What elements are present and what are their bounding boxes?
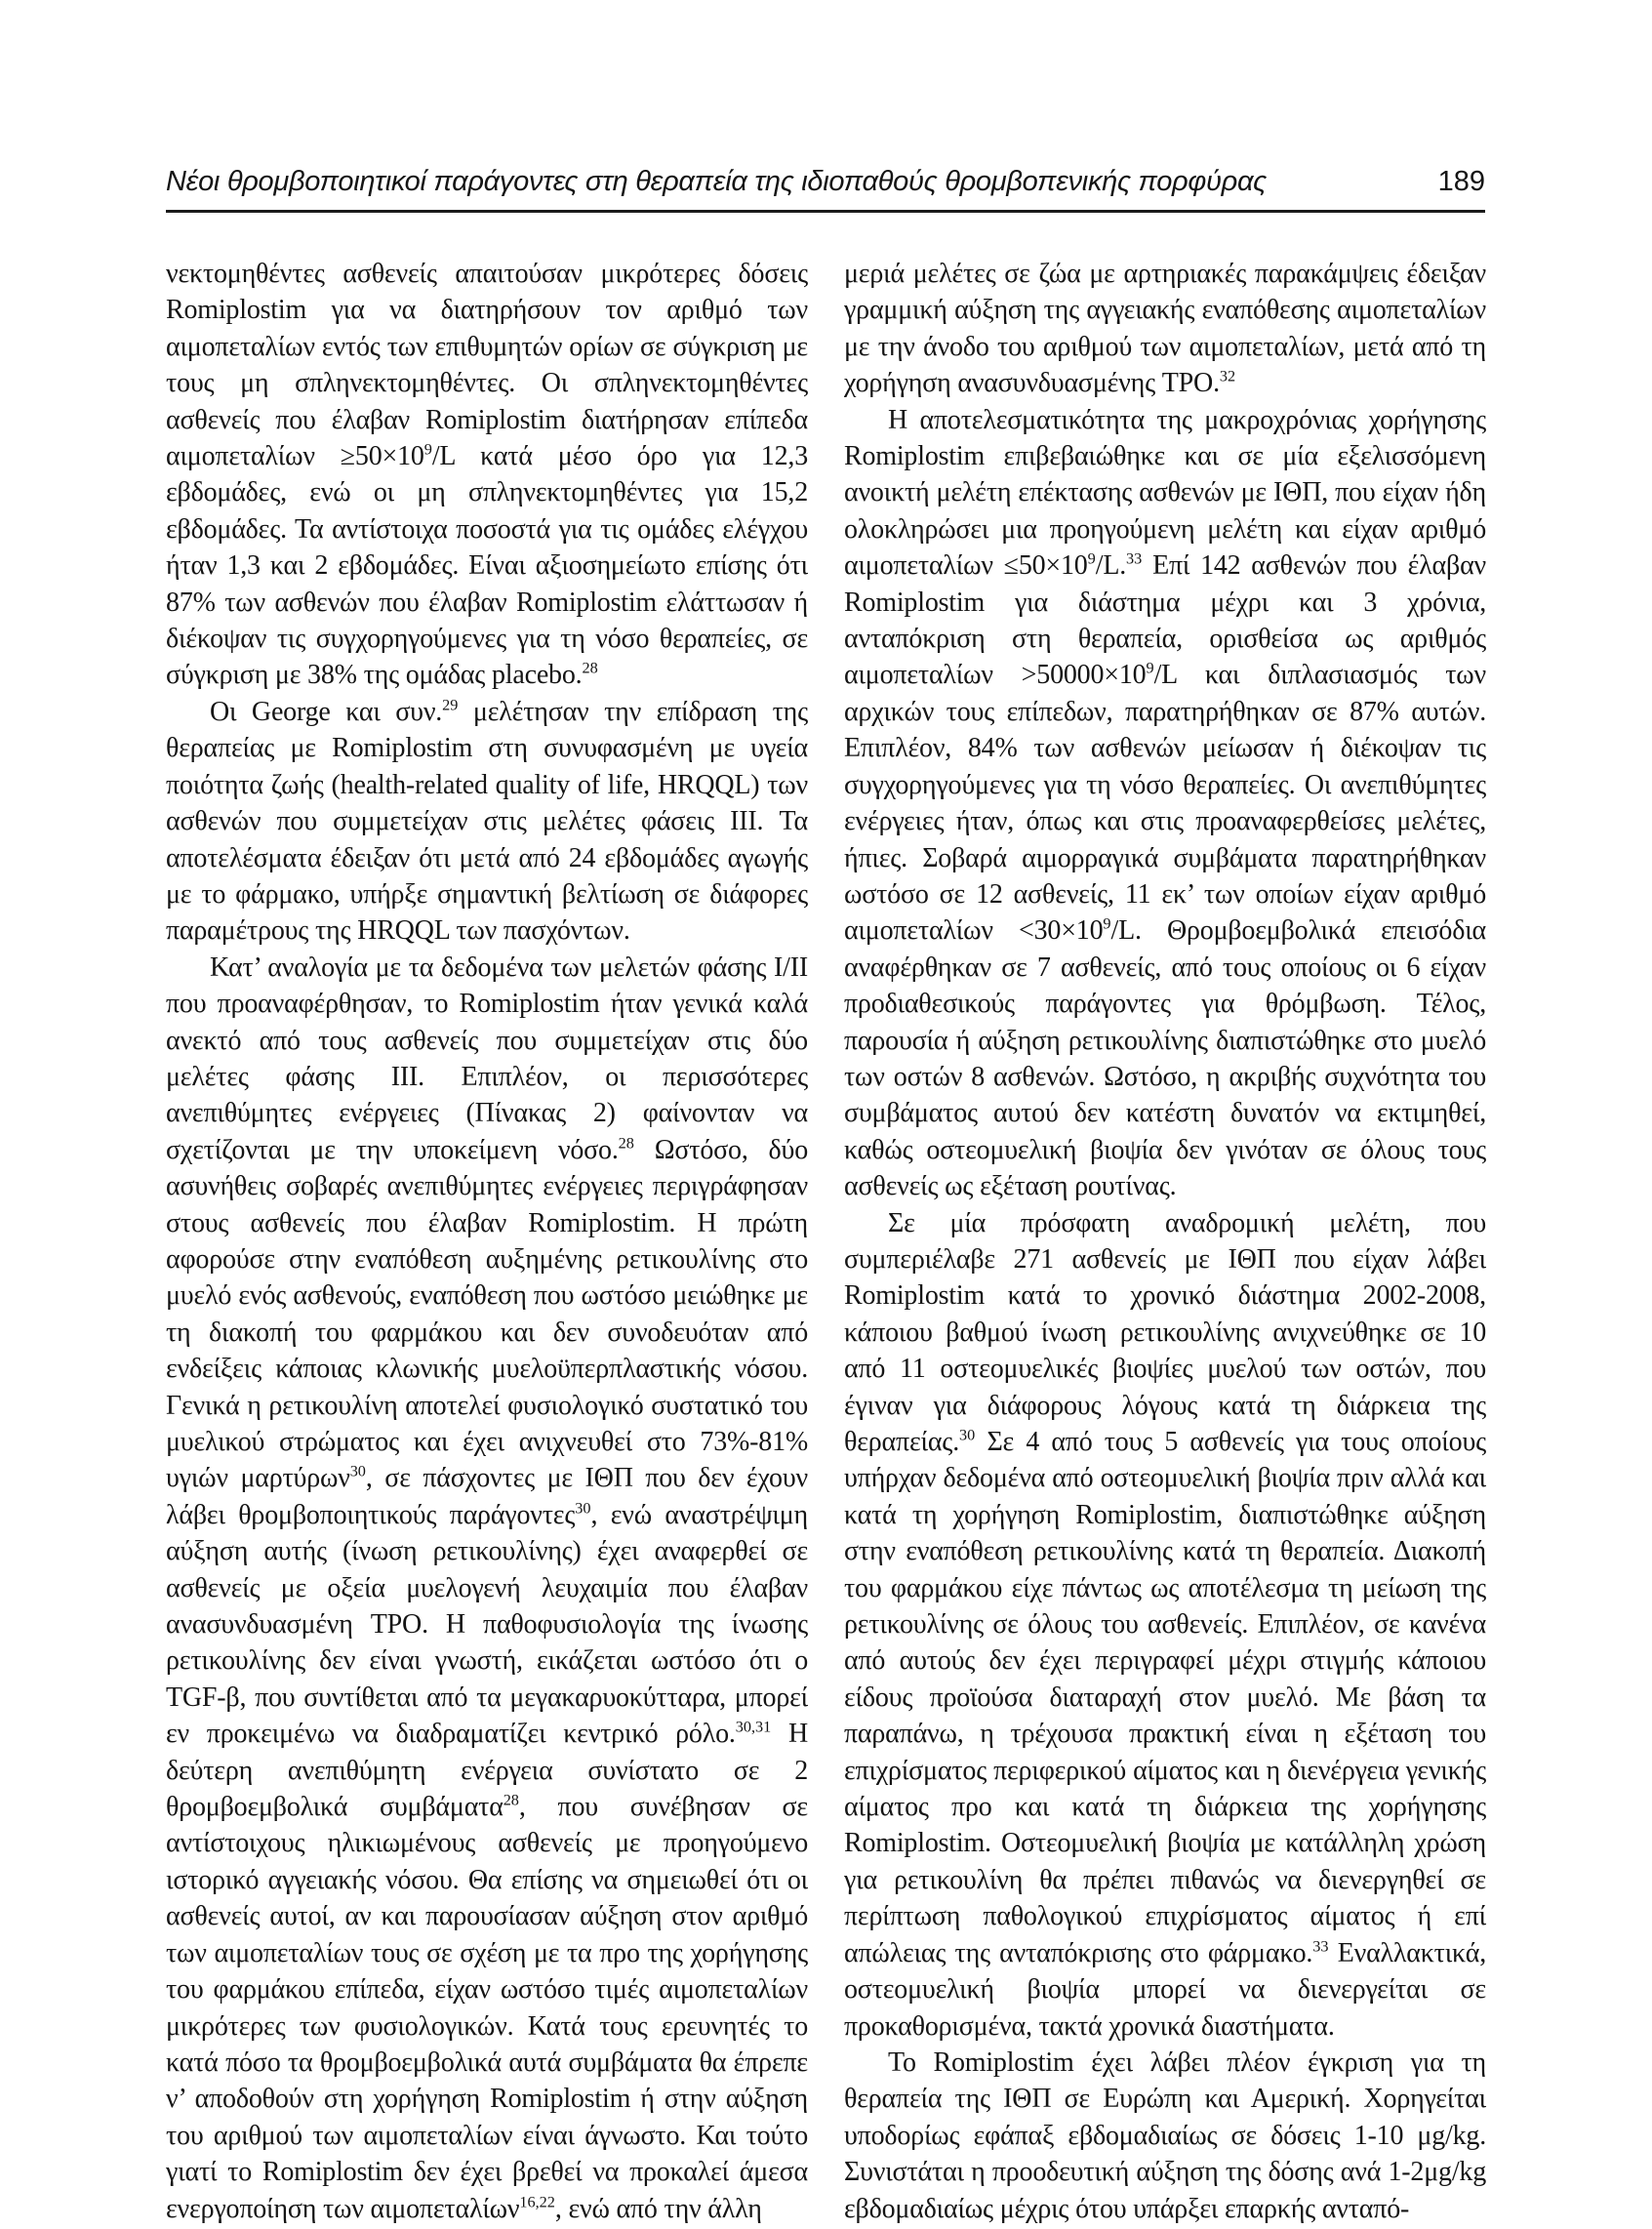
reference-superscript: 30 bbox=[350, 1463, 366, 1480]
reference-superscript: 30 bbox=[959, 1427, 975, 1444]
paragraph: νεκτομηθέντες ασθενείς απαιτούσαν μικρότ… bbox=[166, 256, 808, 694]
document-page: Νέοι θρομβοποιητικοί παράγοντες στη θερα… bbox=[0, 0, 1652, 2229]
reference-superscript: 32 bbox=[1220, 368, 1235, 385]
reference-superscript: 28 bbox=[582, 660, 597, 677]
running-header-title: Νέοι θρομβοποιητικοί παράγοντες στη θερα… bbox=[166, 166, 1267, 198]
reference-superscript: 28 bbox=[504, 1792, 519, 1809]
reference-superscript: 33 bbox=[1312, 1937, 1328, 1955]
reference-superscript: 28 bbox=[619, 1134, 634, 1152]
page-number: 189 bbox=[1438, 166, 1485, 198]
paragraph: Το Romiplostim έχει λάβει πλέον έγκριση … bbox=[844, 2045, 1486, 2227]
paragraph: Κατ’ αναλογία με τα δεδομένα των μελετών… bbox=[166, 950, 808, 2227]
running-header: Νέοι θρομβοποιητικοί παράγοντες στη θερα… bbox=[166, 166, 1485, 198]
left-column: νεκτομηθέντες ασθενείς απαιτούσαν μικρότ… bbox=[166, 256, 808, 2227]
reference-superscript: 16,22 bbox=[519, 2193, 555, 2210]
reference-superscript: 9 bbox=[1088, 550, 1096, 568]
header-rule bbox=[166, 210, 1485, 213]
right-column: μεριά μελέτες σε ζώα με αρτηριακές παρακ… bbox=[844, 256, 1486, 2227]
paragraph: Οι George και συν.29 μελέτησαν την επίδρ… bbox=[166, 694, 808, 950]
reference-superscript: 30,31 bbox=[736, 1719, 772, 1736]
paragraph: μεριά μελέτες σε ζώα με αρτηριακές παρακ… bbox=[844, 256, 1486, 402]
body-text: νεκτομηθέντες ασθενείς απαιτούσαν μικρότ… bbox=[166, 256, 1485, 2227]
reference-superscript: 29 bbox=[442, 697, 458, 714]
reference-superscript: 9 bbox=[1103, 915, 1110, 933]
paragraph: Η αποτελεσματικότητα της μακροχρόνιας χο… bbox=[844, 402, 1486, 1205]
reference-superscript: 9 bbox=[1146, 660, 1153, 677]
reference-superscript: 33 bbox=[1126, 550, 1142, 568]
paragraph: Σε μία πρόσφατη αναδρομική μελέτη, που σ… bbox=[844, 1205, 1486, 2045]
reference-superscript: 30 bbox=[575, 1499, 590, 1517]
reference-superscript: 9 bbox=[424, 441, 432, 459]
